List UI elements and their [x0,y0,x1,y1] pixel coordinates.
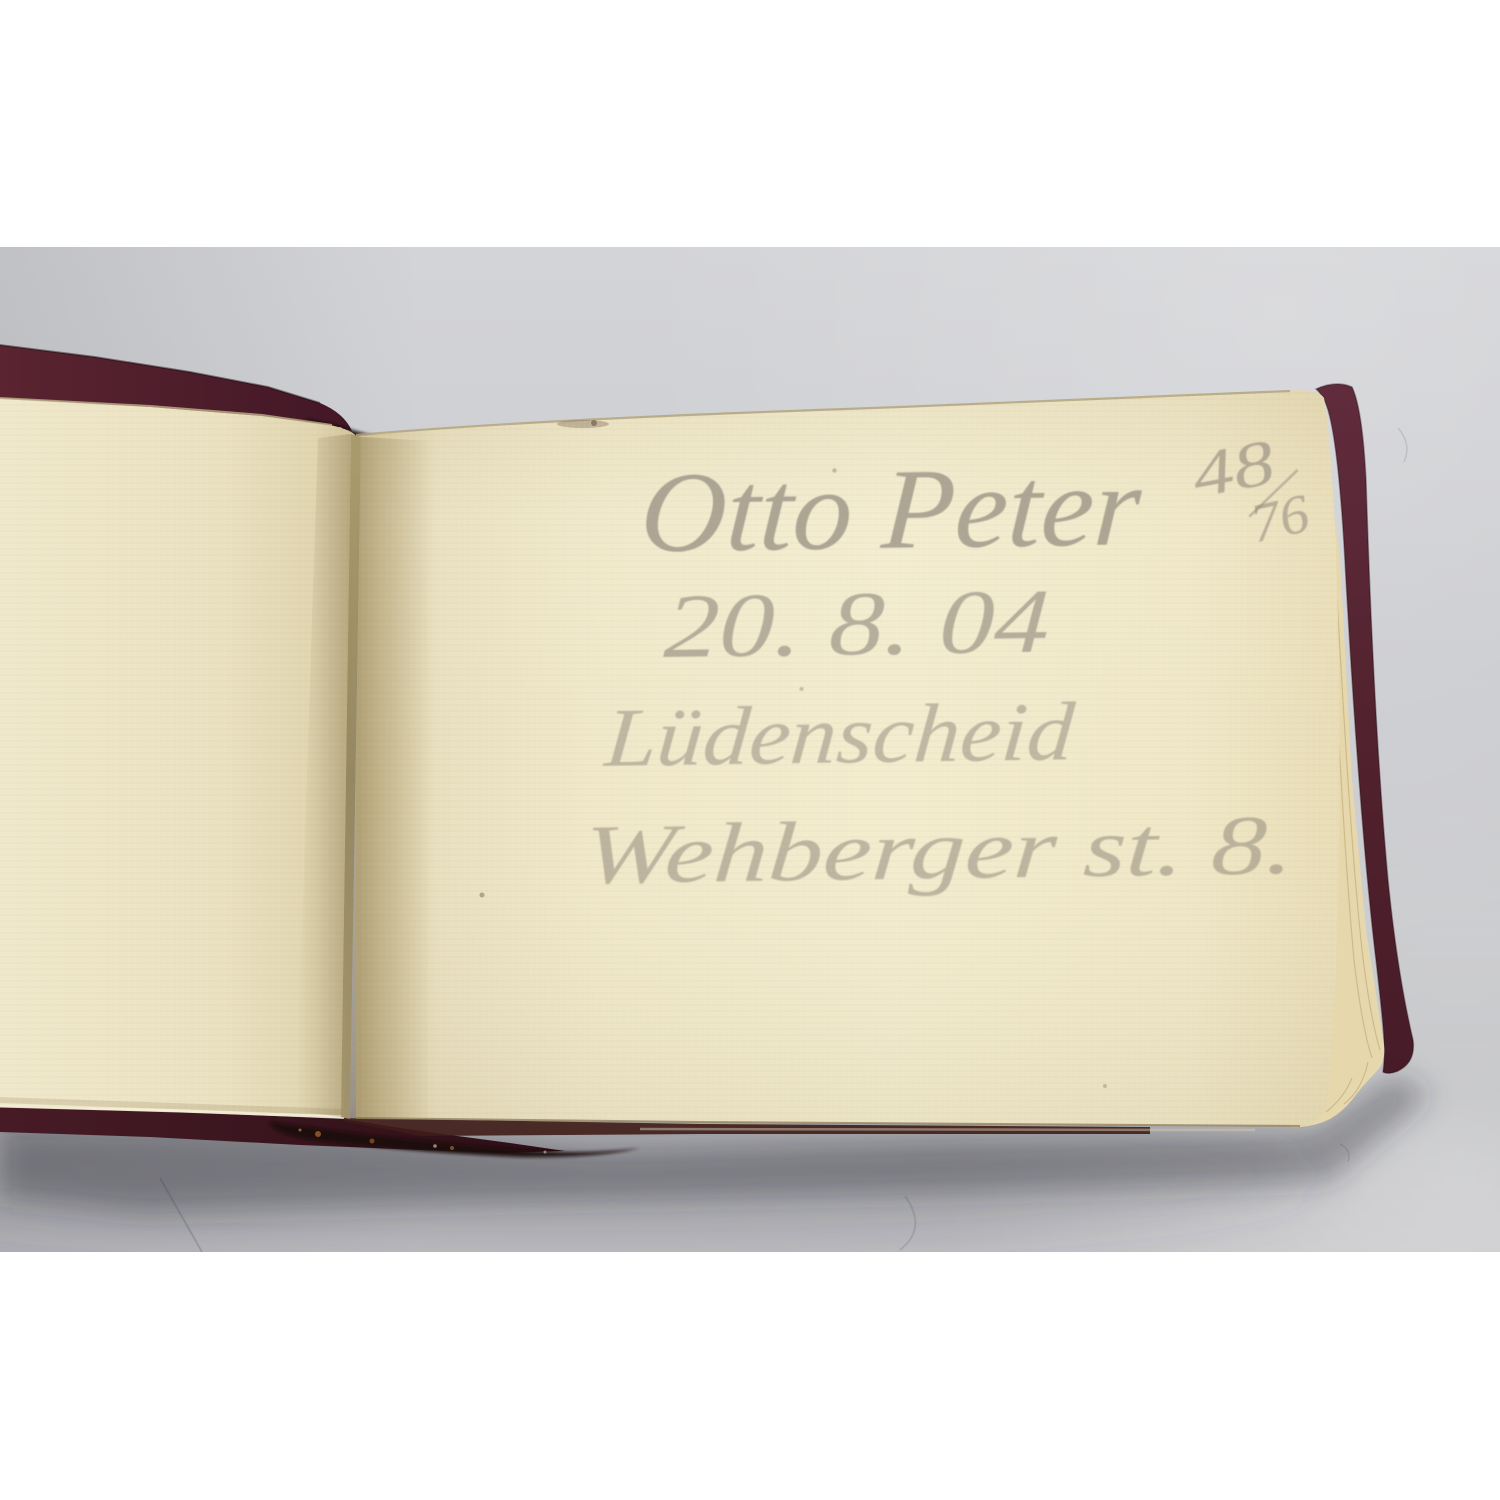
inscription-date: 20. 8. 04 [662,570,1052,677]
page-sliver-highlight [640,1129,1255,1130]
gutter [296,434,432,1119]
photo-canvas: Otto Peter 48 76 20. 8. 04 Lüdenscheid W… [0,0,1500,1500]
inscription-street: Wehberger st. 8. [581,799,1297,902]
gutter-shade-right [350,437,432,1119]
inscription-name: Otto Peter [637,441,1146,576]
photo-of-open-autograph-book: Otto Peter 48 76 20. 8. 04 Lüdenscheid W… [0,0,1500,1500]
inscription-city: Lüdenscheid [601,685,1078,784]
letterbox-top [0,0,1500,247]
letterbox-bottom [0,1252,1500,1500]
